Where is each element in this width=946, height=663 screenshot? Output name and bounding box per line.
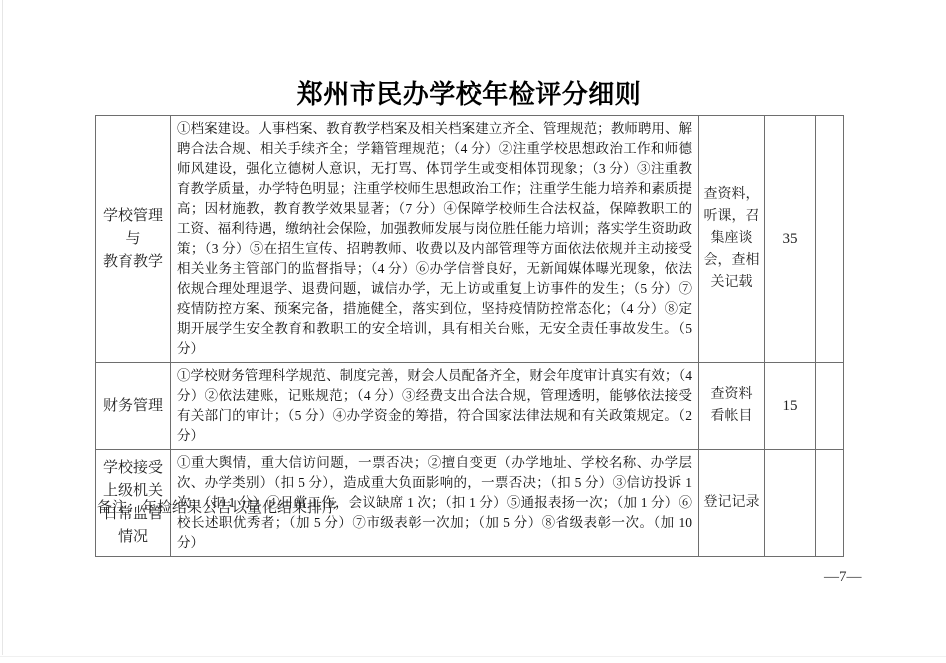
page-number: —7— bbox=[824, 569, 862, 586]
blank-cell bbox=[816, 450, 844, 557]
category-cell: 财务管理 bbox=[96, 363, 171, 450]
score-table: 学校管理 与 教育教学 ①档案建设。人事档案、教育教学档案及相关档案建立齐全、管… bbox=[95, 115, 844, 557]
criteria-cell: ①档案建设。人事档案、教育教学档案及相关档案建立齐全、管理规范；教师聘用、解聘合… bbox=[171, 116, 699, 363]
method-cell: 查资料， 听课，召 集座谈 会，查相 关记载 bbox=[699, 116, 765, 363]
score-cell: 35 bbox=[765, 116, 816, 363]
page-bottom-edge bbox=[0, 656, 946, 657]
score-cell bbox=[765, 450, 816, 557]
table-row: 学校管理 与 教育教学 ①档案建设。人事档案、教育教学档案及相关档案建立齐全、管… bbox=[96, 116, 844, 363]
category-cell: 学校管理 与 教育教学 bbox=[96, 116, 171, 363]
score-cell: 15 bbox=[765, 363, 816, 450]
table-row: 财务管理 ①学校财务管理科学规范、制度完善，财会人员配备齐全，财会年度审计真实有… bbox=[96, 363, 844, 450]
blank-cell bbox=[816, 363, 844, 450]
page-left-edge bbox=[2, 0, 3, 655]
criteria-cell: ①学校财务管理科学规范、制度完善，财会人员配备齐全，财会年度审计真实有效；（4 … bbox=[171, 363, 699, 450]
method-cell: 查资料 看帐目 bbox=[699, 363, 765, 450]
blank-cell bbox=[816, 116, 844, 363]
page-title: 郑州市民办学校年检评分细则 bbox=[95, 78, 843, 112]
note: 备注：年检结果公告以量化结果排序 bbox=[97, 496, 337, 517]
method-cell: 登记记录 bbox=[699, 450, 765, 557]
